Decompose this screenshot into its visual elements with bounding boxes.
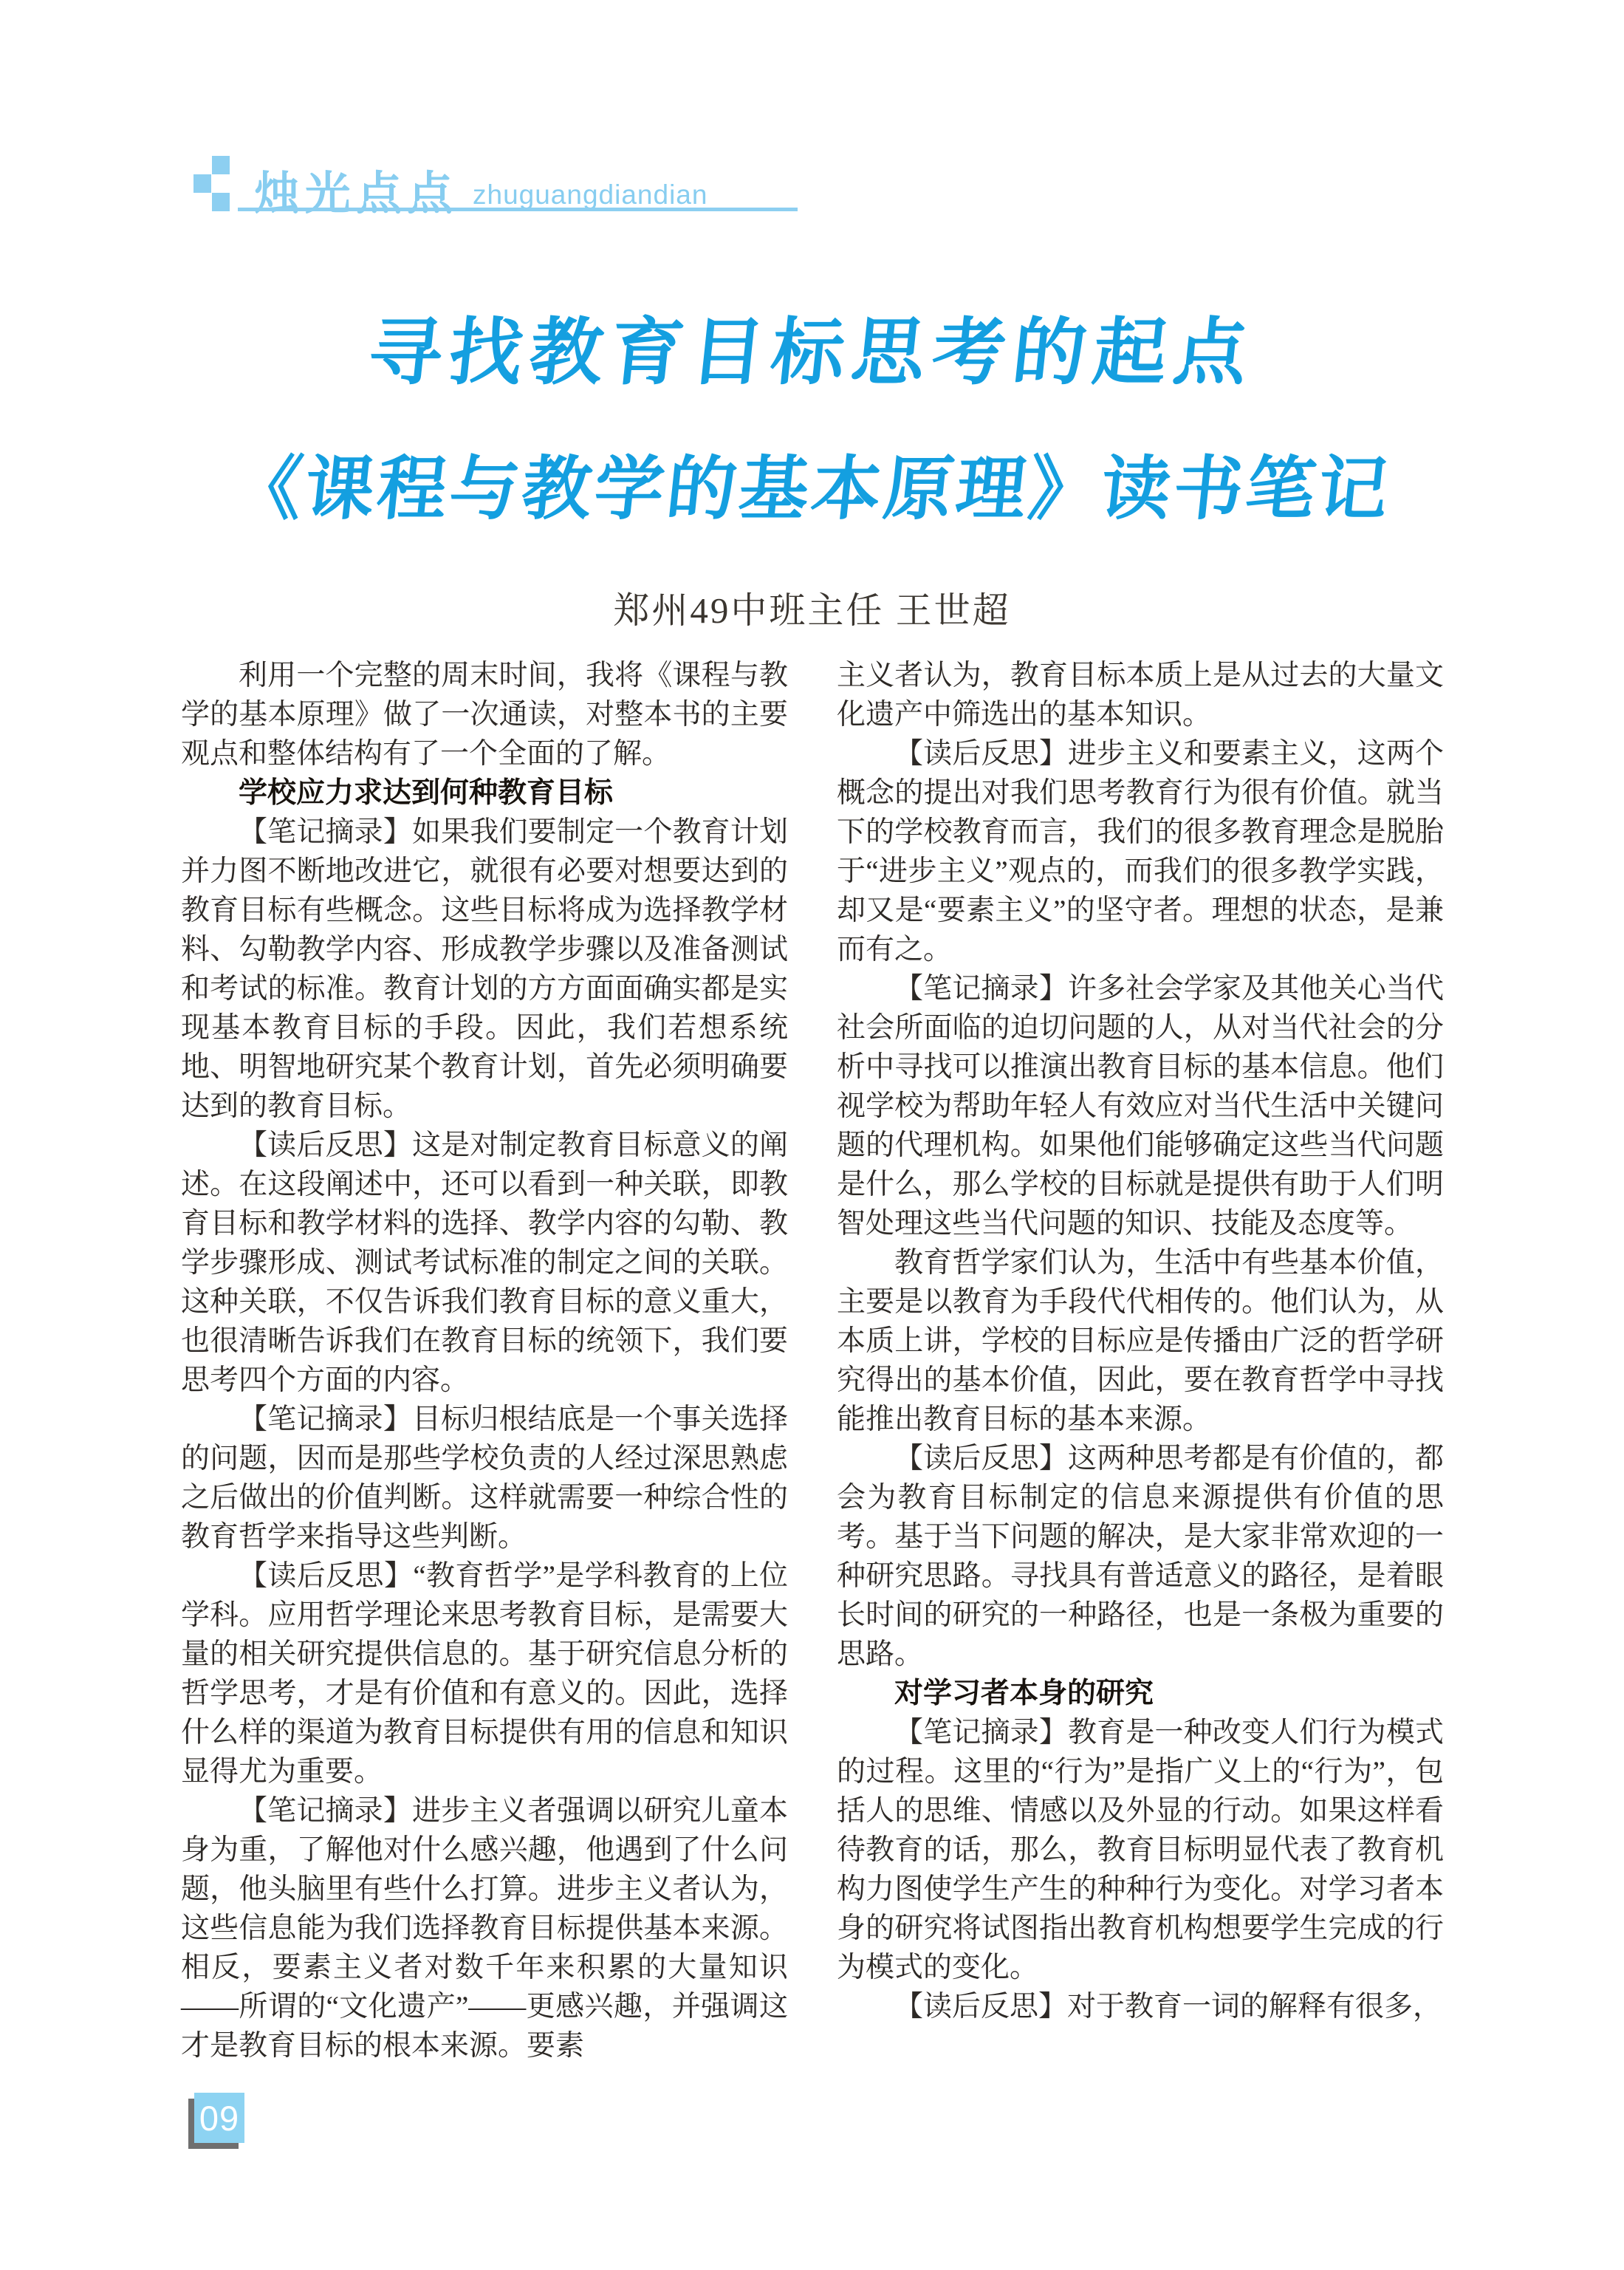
text-column-left: 利用一个完整的周末时间，我将《课程与教学的基本原理》做了一次通读，对整本书的主要… bbox=[181, 656, 788, 2065]
paragraph: 【笔记摘录】如果我们要制定一个教育计划并力图不断地改进它，就很有必要对想要达到的… bbox=[181, 813, 788, 1126]
paragraph: 【读后反思】对于教育一词的解释有很多， bbox=[837, 1987, 1444, 2026]
paragraph: 【读后反思】进步主义和要素主义，这两个概念的提出对我们思考教育行为很有价值。就当… bbox=[837, 734, 1444, 969]
page-number-badge: 09 bbox=[194, 2093, 244, 2143]
paragraph: 【笔记摘录】目标归根结底是一个事关选择的问题，因而是那些学校负责的人经过深思熟虑… bbox=[181, 1400, 788, 1556]
brand-squares-icon bbox=[212, 156, 230, 174]
paragraph: 教育哲学家们认为，生活中有些基本价值，主要是以教育为手段代代相传的。他们认为，从… bbox=[837, 1243, 1444, 1439]
paragraph: 主义者认为，教育目标本质上是从过去的大量文化遗产中筛选出的基本知识。 bbox=[837, 656, 1444, 734]
article-title: 寻找教育目标思考的起点 《课程与教学的基本原理》读书笔记 bbox=[111, 294, 1514, 533]
section-heading: 学校应力求达到何种教育目标 bbox=[181, 773, 788, 813]
magazine-page: 烛光点点 zhuguangdiandian 寻找教育目标思考的起点 《课程与教学… bbox=[0, 0, 1624, 2270]
text-column-right: 主义者认为，教育目标本质上是从过去的大量文化遗产中筛选出的基本知识。【读后反思】… bbox=[837, 656, 1444, 2026]
header-divider bbox=[238, 208, 798, 211]
paragraph: 【笔记摘录】进步主义者强调以研究儿童本身为重，了解他对什么感兴趣，他遇到了什么问… bbox=[181, 1791, 788, 2065]
article-title-line2: 《课程与教学的基本原理》读书笔记 bbox=[106, 433, 1519, 533]
paragraph: 【读后反思】这是对制定教育目标意义的阐述。在这段阐述中，还可以看到一种关联，即教… bbox=[181, 1126, 788, 1400]
column-brand-title: 烛光点点 bbox=[254, 157, 458, 222]
page-number: 09 bbox=[199, 2098, 239, 2139]
column-brand-pinyin: zhuguangdiandian bbox=[473, 180, 707, 211]
section-heading: 对学习者本身的研究 bbox=[837, 1674, 1444, 1713]
brand-squares-icon bbox=[193, 174, 211, 193]
paragraph: 【读后反思】这两种思考都是有价值的，都会为教育目标制定的信息来源提供有价值的思考… bbox=[837, 1439, 1444, 1674]
paragraph: 【笔记摘录】许多社会学家及其他关心当代社会所面临的迫切问题的人，从对当代社会的分… bbox=[837, 969, 1444, 1243]
paragraph: 利用一个完整的周末时间，我将《课程与教学的基本原理》做了一次通读，对整本书的主要… bbox=[181, 656, 788, 773]
author-byline: 郑州49中班主任 王世超 bbox=[0, 582, 1624, 634]
article-title-line1: 寻找教育目标思考的起点 bbox=[106, 294, 1520, 399]
paragraph: 【笔记摘录】教育是一种改变人们行为模式的过程。这里的“行为”是指广义上的“行为”… bbox=[837, 1713, 1444, 1987]
paragraph: 【读后反思】“教育哲学”是学科教育的上位学科。应用哲学理论来思考教育目标，是需要… bbox=[181, 1556, 788, 1791]
brand-squares-icon bbox=[212, 193, 230, 211]
